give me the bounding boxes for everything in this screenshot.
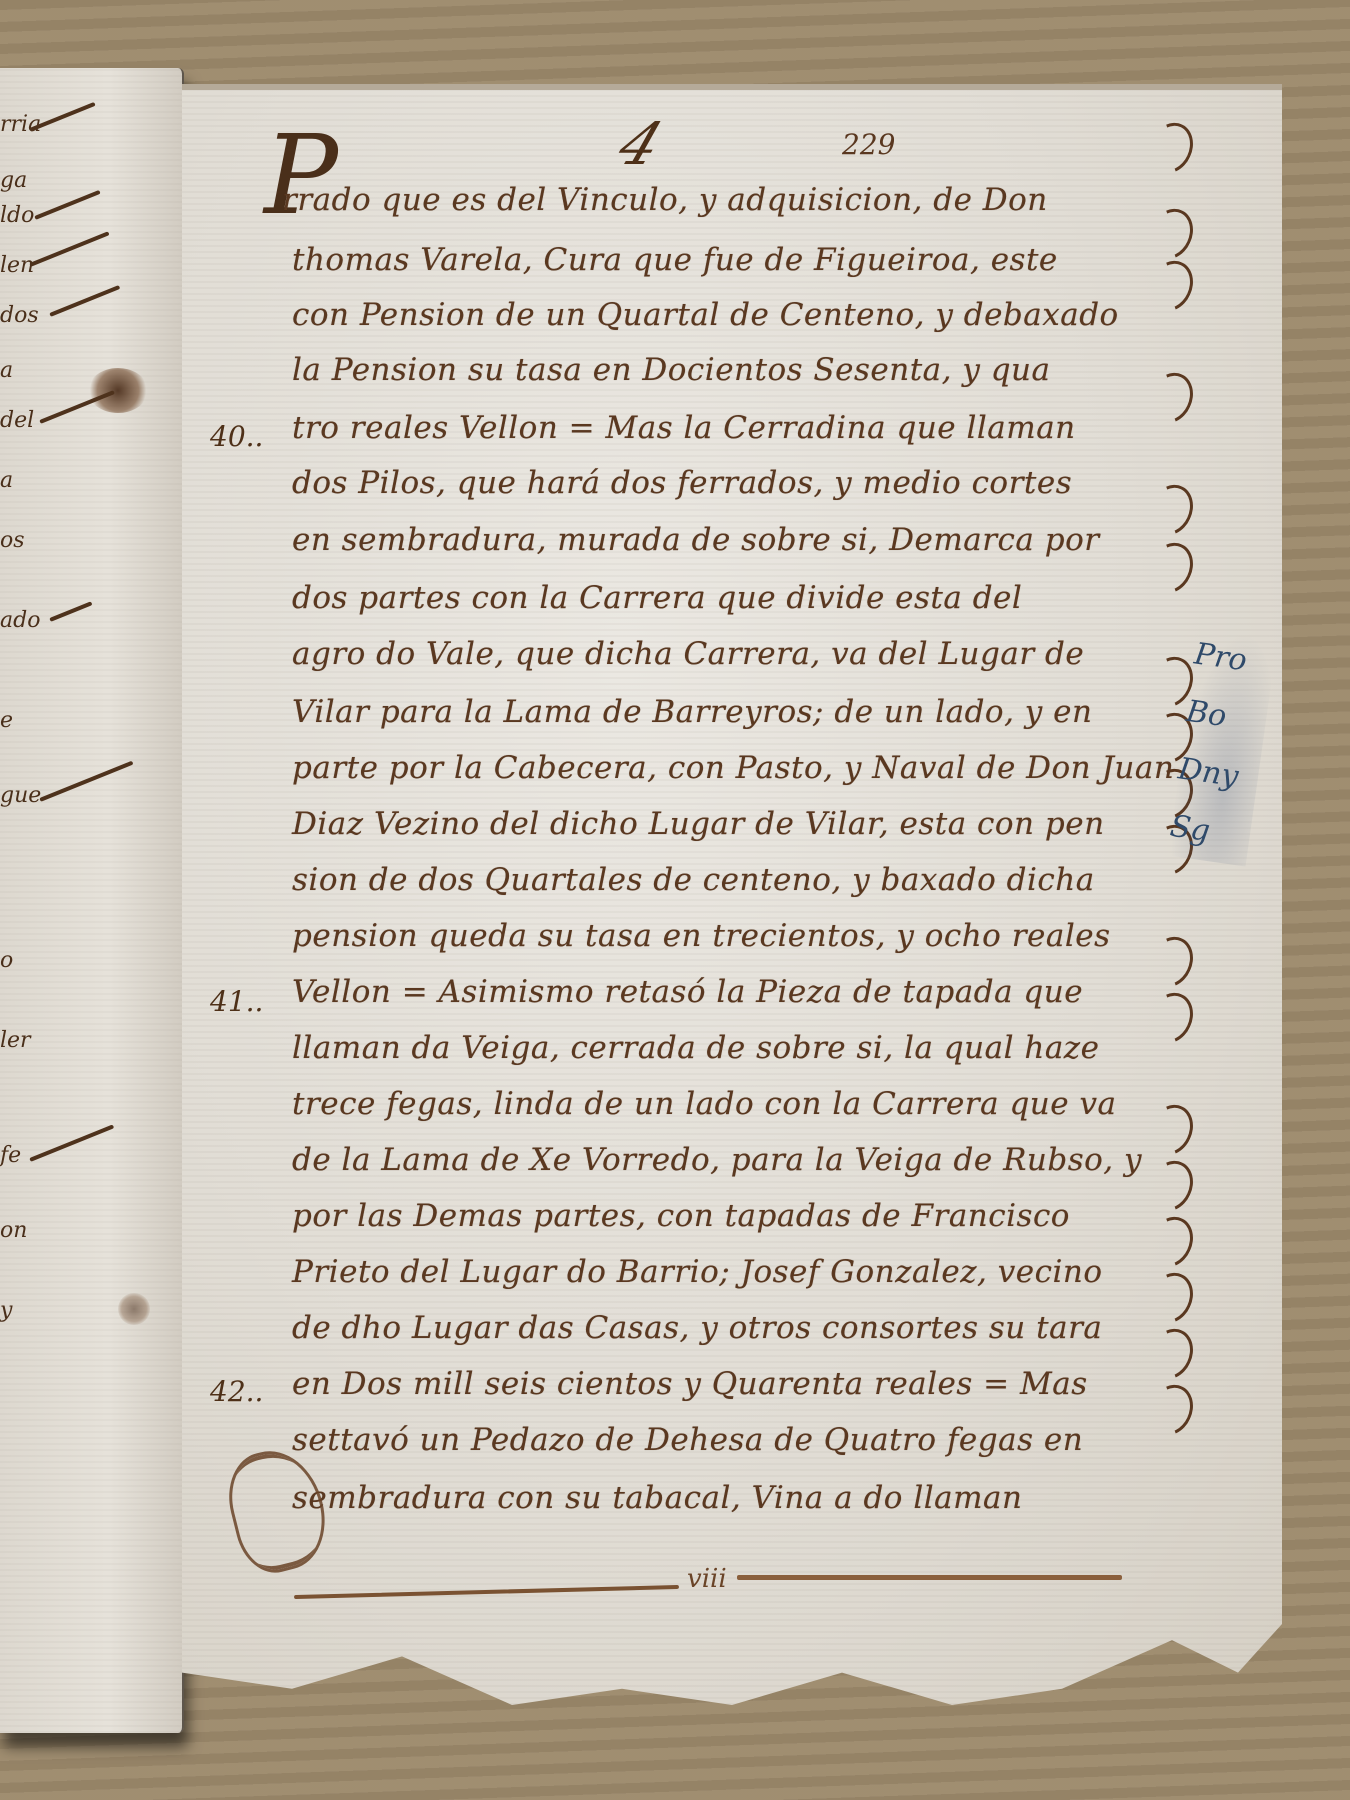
- left-fragment-text: ldo: [0, 203, 34, 228]
- closing-rule: [294, 1585, 679, 1599]
- line-end-flourish: [1141, 1322, 1201, 1387]
- left-fragment-text: e: [0, 708, 13, 733]
- left-fragment-text: y: [0, 1298, 12, 1323]
- text-line: Prieto del Lugar do Barrio; Josef Gonzal…: [292, 1254, 1103, 1290]
- text-line: thomas Varela, Cura que fue de Figueiroa…: [292, 242, 1058, 278]
- left-fragment-text: a: [0, 358, 13, 383]
- line-end-flourish: [1141, 1210, 1201, 1275]
- line-end-flourish: [1141, 1154, 1201, 1219]
- flourish-stroke: [34, 190, 100, 220]
- left-fragment-text: del: [0, 408, 34, 433]
- text-line: dos partes con la Carrera que divide est…: [292, 580, 1022, 616]
- paragraph-number: 40..: [210, 420, 263, 453]
- text-line: settavó un Pedazo de Dehesa de Quatro fe…: [292, 1422, 1083, 1458]
- line-end-flourish: [1141, 116, 1201, 181]
- line-end-flourish: [1141, 536, 1201, 601]
- text-line: con Pension de un Quartal de Centeno, y …: [292, 297, 1119, 333]
- text-line: sion de dos Quartales de centeno, y baxa…: [292, 862, 1095, 898]
- text-line: llaman da Veiga, cerrada de sobre si, la…: [292, 1030, 1099, 1066]
- left-fragment-text: os: [0, 528, 25, 553]
- closing-rule: [737, 1575, 1122, 1580]
- flourish-stroke: [49, 285, 120, 317]
- ink-blot: [88, 368, 148, 413]
- text-line: en Dos mill seis cientos y Quarenta real…: [292, 1366, 1088, 1402]
- text-line: parte por la Cabecera, con Pasto, y Nava…: [292, 750, 1174, 786]
- line-end-flourish: [1141, 1266, 1201, 1331]
- left-page-fragment: rria ga ldo len dos a del a os ado e gue…: [0, 68, 184, 1733]
- flourish-stroke: [39, 761, 133, 802]
- text-line: pension queda su tasa en trecientos, y o…: [292, 918, 1111, 954]
- line-end-flourish: [1141, 478, 1201, 543]
- left-fragment-text: len: [0, 253, 34, 278]
- paragraph-number: 41..: [210, 985, 263, 1018]
- left-fragment-text: dos: [0, 303, 39, 328]
- left-fragment-text: on: [0, 1218, 27, 1243]
- ink-blot: [118, 1293, 150, 1325]
- text-line: Vilar para la Lama de Barreyros; de un l…: [292, 694, 1092, 730]
- text-line: en sembradura, murada de sobre si, Demar…: [292, 522, 1100, 558]
- text-line: de la Lama de Xe Vorredo, para la Veiga …: [292, 1142, 1142, 1178]
- line-end-flourish: [1141, 366, 1201, 431]
- left-fragment-text: ler: [0, 1028, 31, 1053]
- left-fragment-text: a: [0, 468, 13, 493]
- line-end-flourish: [1141, 254, 1201, 319]
- left-fragment-text: fe: [0, 1143, 21, 1168]
- text-line: tro reales Vellon = Mas la Cerradina que…: [292, 410, 1076, 446]
- text-line: agro do Vale, que dicha Carrera, va del …: [292, 636, 1084, 672]
- left-fragment-text: gue: [0, 783, 41, 808]
- text-line: rrado que es del Vinculo, y adquisicion,…: [282, 182, 1048, 218]
- closing-mark: viii: [687, 1564, 727, 1594]
- annotation-glyph: Dny: [1174, 740, 1261, 809]
- page-number: 229: [842, 128, 895, 161]
- line-end-flourish: [1141, 202, 1201, 267]
- text-line: sembradura con su tabacal, Vina a do lla…: [292, 1480, 1022, 1516]
- folio-mark: 4: [610, 110, 672, 178]
- flourish-stroke: [29, 1124, 114, 1161]
- text-line: por las Demas partes, con tapadas de Fra…: [292, 1198, 1070, 1234]
- line-end-flourish: [1141, 1098, 1201, 1163]
- text-line: trece fegas, linda de un lado con la Car…: [292, 1086, 1116, 1122]
- annotation-glyph: Sg: [1166, 798, 1253, 867]
- flourish-stroke: [29, 231, 109, 267]
- text-line: Diaz Vezino del dicho Lugar de Vilar, es…: [292, 806, 1105, 842]
- line-end-flourish: [1141, 1378, 1201, 1443]
- paragraph-number: 42..: [210, 1375, 263, 1408]
- line-end-flourish: [1141, 986, 1201, 1051]
- left-fragment-text: o: [0, 948, 13, 973]
- manuscript-page: P 4 229 rrado que es del Vinculo, y adqu…: [182, 84, 1282, 1705]
- signature-rubric: [219, 1441, 337, 1580]
- text-line: dos Pilos, que hará dos ferrados, y medi…: [292, 465, 1072, 501]
- text-line: de dho Lugar das Casas, y otros consorte…: [292, 1310, 1102, 1346]
- line-end-flourish: [1141, 930, 1201, 995]
- left-fragment-text: ado: [0, 608, 40, 633]
- text-line: Vellon = Asimismo retasó la Pieza de tap…: [292, 974, 1083, 1010]
- flourish-stroke: [49, 601, 92, 622]
- text-line: la Pension su tasa en Docientos Sesenta,…: [292, 352, 1051, 388]
- left-fragment-text: ga: [0, 168, 27, 193]
